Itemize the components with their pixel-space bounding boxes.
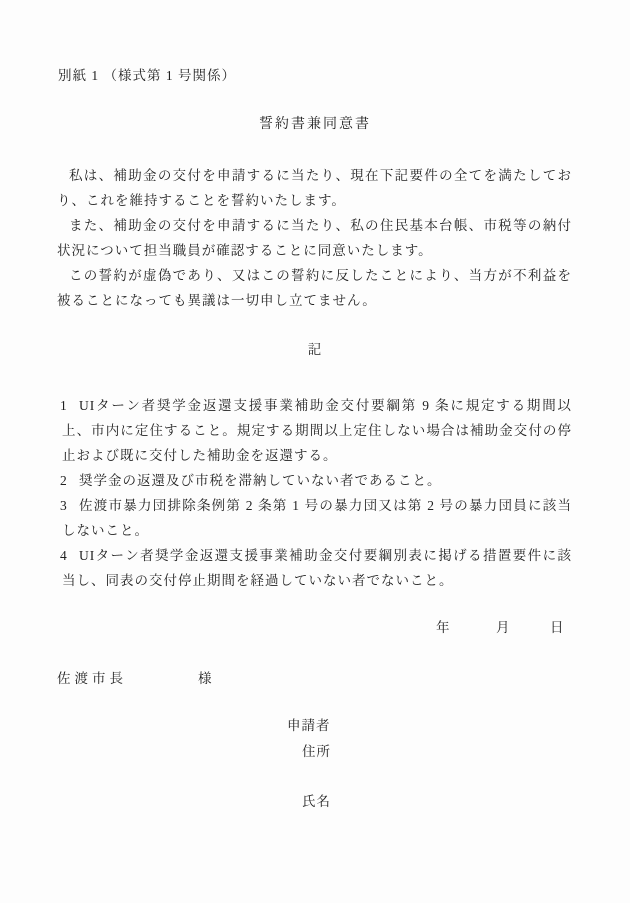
addressee-honorific: 様 [198,666,212,691]
date-day-label: 日 [550,615,564,640]
condition-number: 1 [60,393,67,418]
condition-item: 4 UIターン者奨学金返還支援事業補助金交付要綱別表に掲げる措置要件に該当し、同… [57,543,572,593]
condition-text: 奨学金の返還及び市税を滞納していない者であること。 [79,473,442,488]
condition-text: 佐渡市暴力団排除条例第 2 条第 1 号の暴力団又は第 2 号の暴力団員に該当し… [62,498,572,538]
condition-item: 2 奨学金の返還及び市税を滞納していない者であること。 [57,468,572,493]
consent-paragraph: また、補助金の交付を申請するに当たり、私の住民基本台帳、市税等の納付状況について… [57,213,572,263]
section-marker: 記 [0,337,630,362]
document-title: 誓約書兼同意書 [0,112,630,137]
condition-item: 3 佐渡市暴力団排除条例第 2 条第 1 号の暴力団又は第 2 号の暴力団員に該… [57,493,572,543]
addressee-name: 佐渡市長 [57,671,127,686]
document-page: 別紙 1 （様式第 1 号関係） 誓約書兼同意書 私は、補助金の交付を申請するに… [0,0,630,903]
date-year-label: 年 [436,615,450,640]
condition-item: 1 UIターン者奨学金返還支援事業補助金交付要綱第 9 条に規定する期間以上、市… [57,393,572,468]
condition-number: 4 [60,543,67,568]
condition-number: 3 [60,493,67,518]
date-month-label: 月 [496,615,510,640]
applicant-address-label: 住所 [302,739,331,764]
addressee-line: 佐渡市長 様 [57,666,357,691]
no-objection-paragraph: この誓約が虚偽であり、又はこの誓約に反したことにより、当方が不利益を被ることにな… [57,263,572,313]
condition-text: UIターン者奨学金返還支援事業補助金交付要綱別表に掲げる措置要件に該当し、同表の… [62,548,572,588]
condition-text: UIターン者奨学金返還支援事業補助金交付要綱第 9 条に規定する期間以上、市内に… [62,398,572,463]
pledge-paragraph: 私は、補助金の交付を申請するに当たり、現在下記要件の全てを満たしており、これを維… [57,163,572,213]
conditions-list: 1 UIターン者奨学金返還支援事業補助金交付要綱第 9 条に規定する期間以上、市… [57,393,572,593]
body-text: 私は、補助金の交付を申請するに当たり、現在下記要件の全てを満たしており、これを維… [57,163,572,313]
applicant-name-label: 氏名 [302,789,331,814]
condition-number: 2 [60,468,67,493]
applicant-label: 申請者 [287,713,331,738]
attachment-note: 別紙 1 （様式第 1 号関係） [58,63,236,88]
